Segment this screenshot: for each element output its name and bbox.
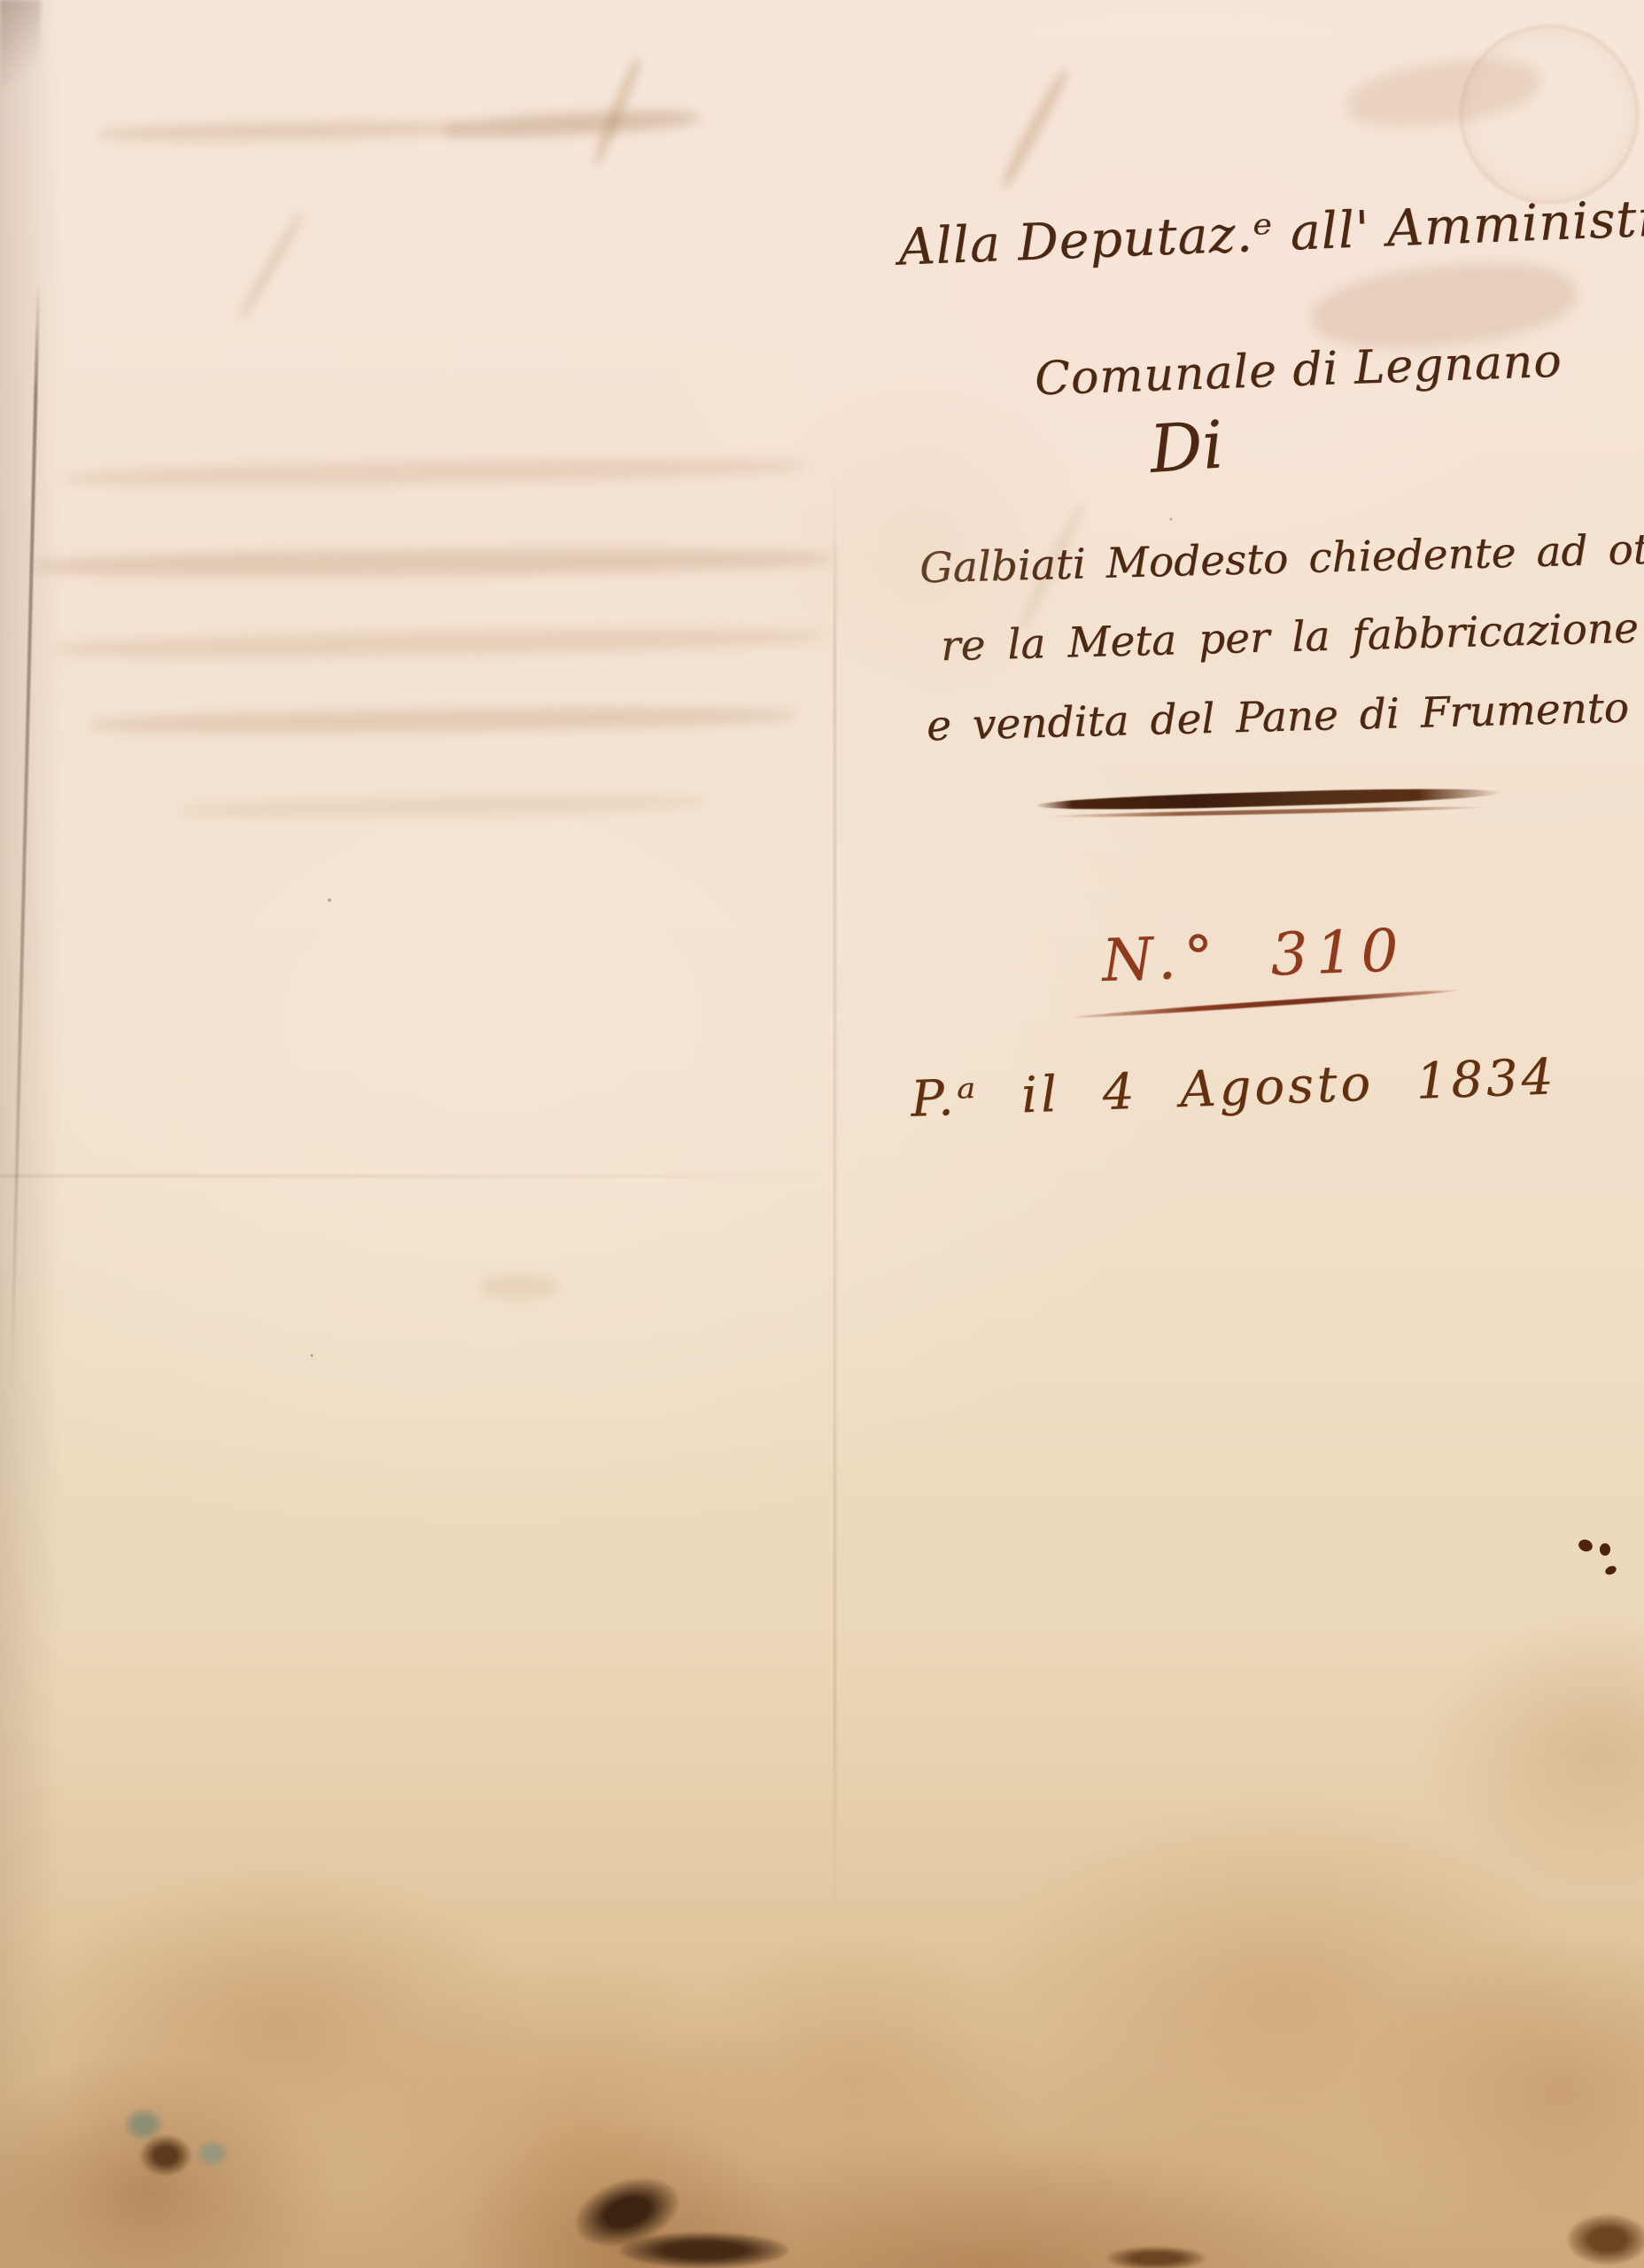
docket-number: N.° 310 [1101,916,1407,995]
bleedthrough-smudge [177,791,709,821]
bleedthrough-smudge [62,454,806,491]
ink-speck [1600,1543,1610,1556]
bleedthrough-smudge [96,119,468,143]
ink-speck [1577,1538,1594,1554]
date-line: P.ᵃ il 4 Agosto 1834 [910,1048,1557,1128]
bleedthrough-smudge [35,545,833,579]
preposition-di: Di [1147,407,1226,488]
mold-spot [197,2140,229,2167]
subject-line-1: Galbiati Modesto chiedente ad ottene: [919,523,1644,594]
bleedthrough-smudge [53,624,824,662]
bleedthrough-smudge [443,106,701,141]
dark-stain-spot [1107,2247,1205,2268]
bleedthrough-stroke [997,66,1073,190]
dark-stain-spot [140,2135,191,2176]
subject-line-2: re la Meta per la fabbricazione [940,604,1639,672]
horizontal-fold-crease [0,1175,824,1177]
bleedthrough-smudge [478,1276,558,1299]
recipient-line-1: Alla Deputaz.ᵉ all' Amministraz.ᵉ [897,185,1644,276]
bottom-water-stains [0,1630,1644,2268]
bleedthrough-stroke [236,209,306,322]
top-left-corner-chip [0,0,41,106]
dark-stain-spot [1568,2215,1644,2264]
bleedthrough-smudge [89,703,797,736]
manuscript-page: Alla Deputaz.ᵉ all' Amministraz.ᵉ Comuna… [0,0,1644,2268]
recipient-line-2: Comunale di Legnano [1034,335,1563,407]
dark-stain-spot [620,2233,788,2268]
subject-line-3: e vendita del Pane di Frumento [926,684,1629,751]
ink-speck [1604,1565,1618,1577]
